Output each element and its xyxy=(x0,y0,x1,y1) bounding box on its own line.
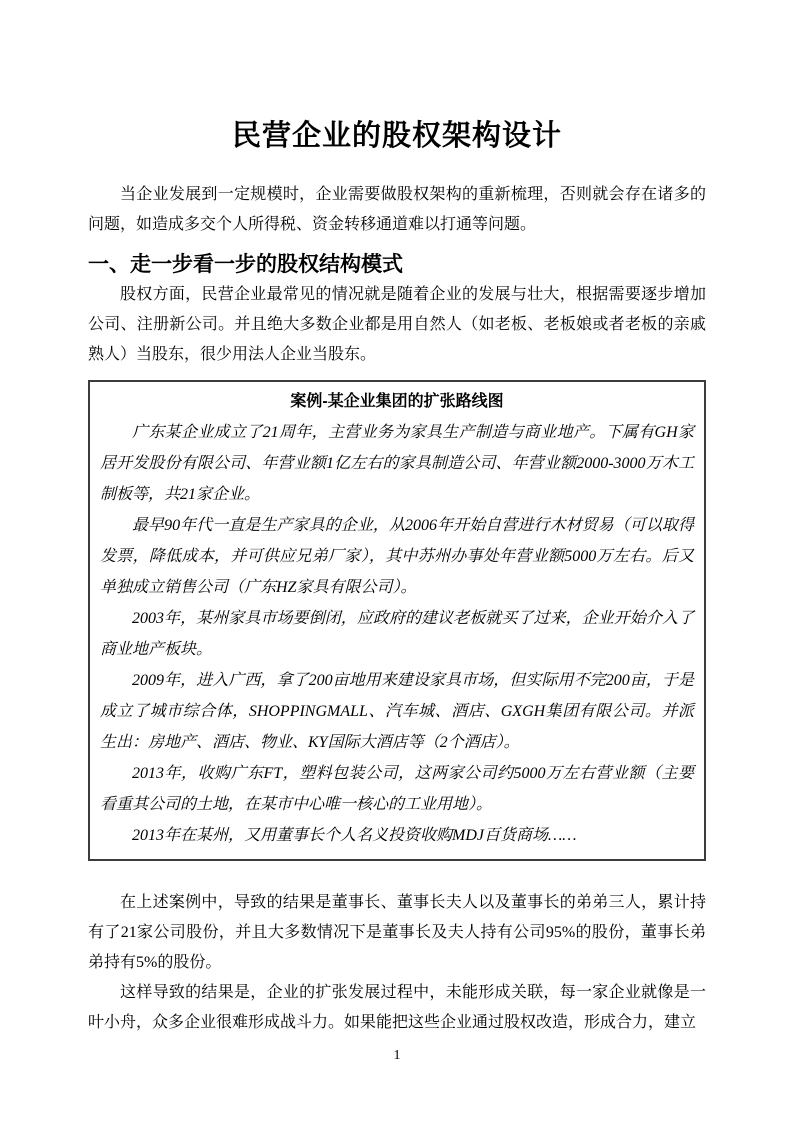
case-paragraph-6: 2013年在某州，又用董事长个人名义投资收购MDJ百货商场…… xyxy=(100,820,694,851)
case-box-title: 案例-某企业集团的扩张路线图 xyxy=(100,386,694,417)
page-number: 1 xyxy=(0,1048,794,1064)
section-1-paragraph-1: 股权方面，民营企业最常见的情况就是随着企业的发展与壮大，根据需要逐步增加公司、注… xyxy=(88,280,706,370)
case-paragraph-5: 2013年，收购广东FT，塑料包装公司，这两家公司约5000万左右营业额（主要看… xyxy=(100,758,694,820)
section-1-paragraph-2: 在上述案例中，导致的结果是董事长、董事长夫人以及董事长的弟弟三人，累计持有了21… xyxy=(88,888,706,978)
case-paragraph-3: 2003年，某州家具市场要倒闭，应政府的建议老板就买了过来，企业开始介入了商业地… xyxy=(100,603,694,665)
intro-paragraph: 当企业发展到一定规模时，企业需要做股权架构的重新梳理，否则就会存在诸多的问题，如… xyxy=(88,180,706,240)
section-1-paragraph-3: 这样导致的结果是，企业的扩张发展过程中，未能形成关联，每一家企业就像是一叶小舟，… xyxy=(88,978,706,1038)
case-paragraph-4: 2009年，进入广西，拿了200亩地用来建设家具市场，但实际用不完200亩，于是… xyxy=(100,665,694,758)
case-paragraph-2: 最早90年代一直是生产家具的企业，从2006年开始自营进行木材贸易（可以取得发票… xyxy=(100,510,694,603)
document-title: 民营企业的股权架构设计 xyxy=(88,114,706,158)
document-page: 民营企业的股权架构设计 当企业发展到一定规模时，企业需要做股权架构的重新梳理，否… xyxy=(0,0,794,1123)
document-content: 民营企业的股权架构设计 当企业发展到一定规模时，企业需要做股权架构的重新梳理，否… xyxy=(88,0,706,1038)
case-paragraph-1: 广东某企业成立了21周年，主营业务为家具生产制造与商业地产。下属有GH家居开发股… xyxy=(100,417,694,510)
section-1-heading: 一、走一步看一步的股权结构模式 xyxy=(88,250,706,280)
case-study-box: 案例-某企业集团的扩张路线图 广东某企业成立了21周年，主营业务为家具生产制造与… xyxy=(88,380,706,861)
